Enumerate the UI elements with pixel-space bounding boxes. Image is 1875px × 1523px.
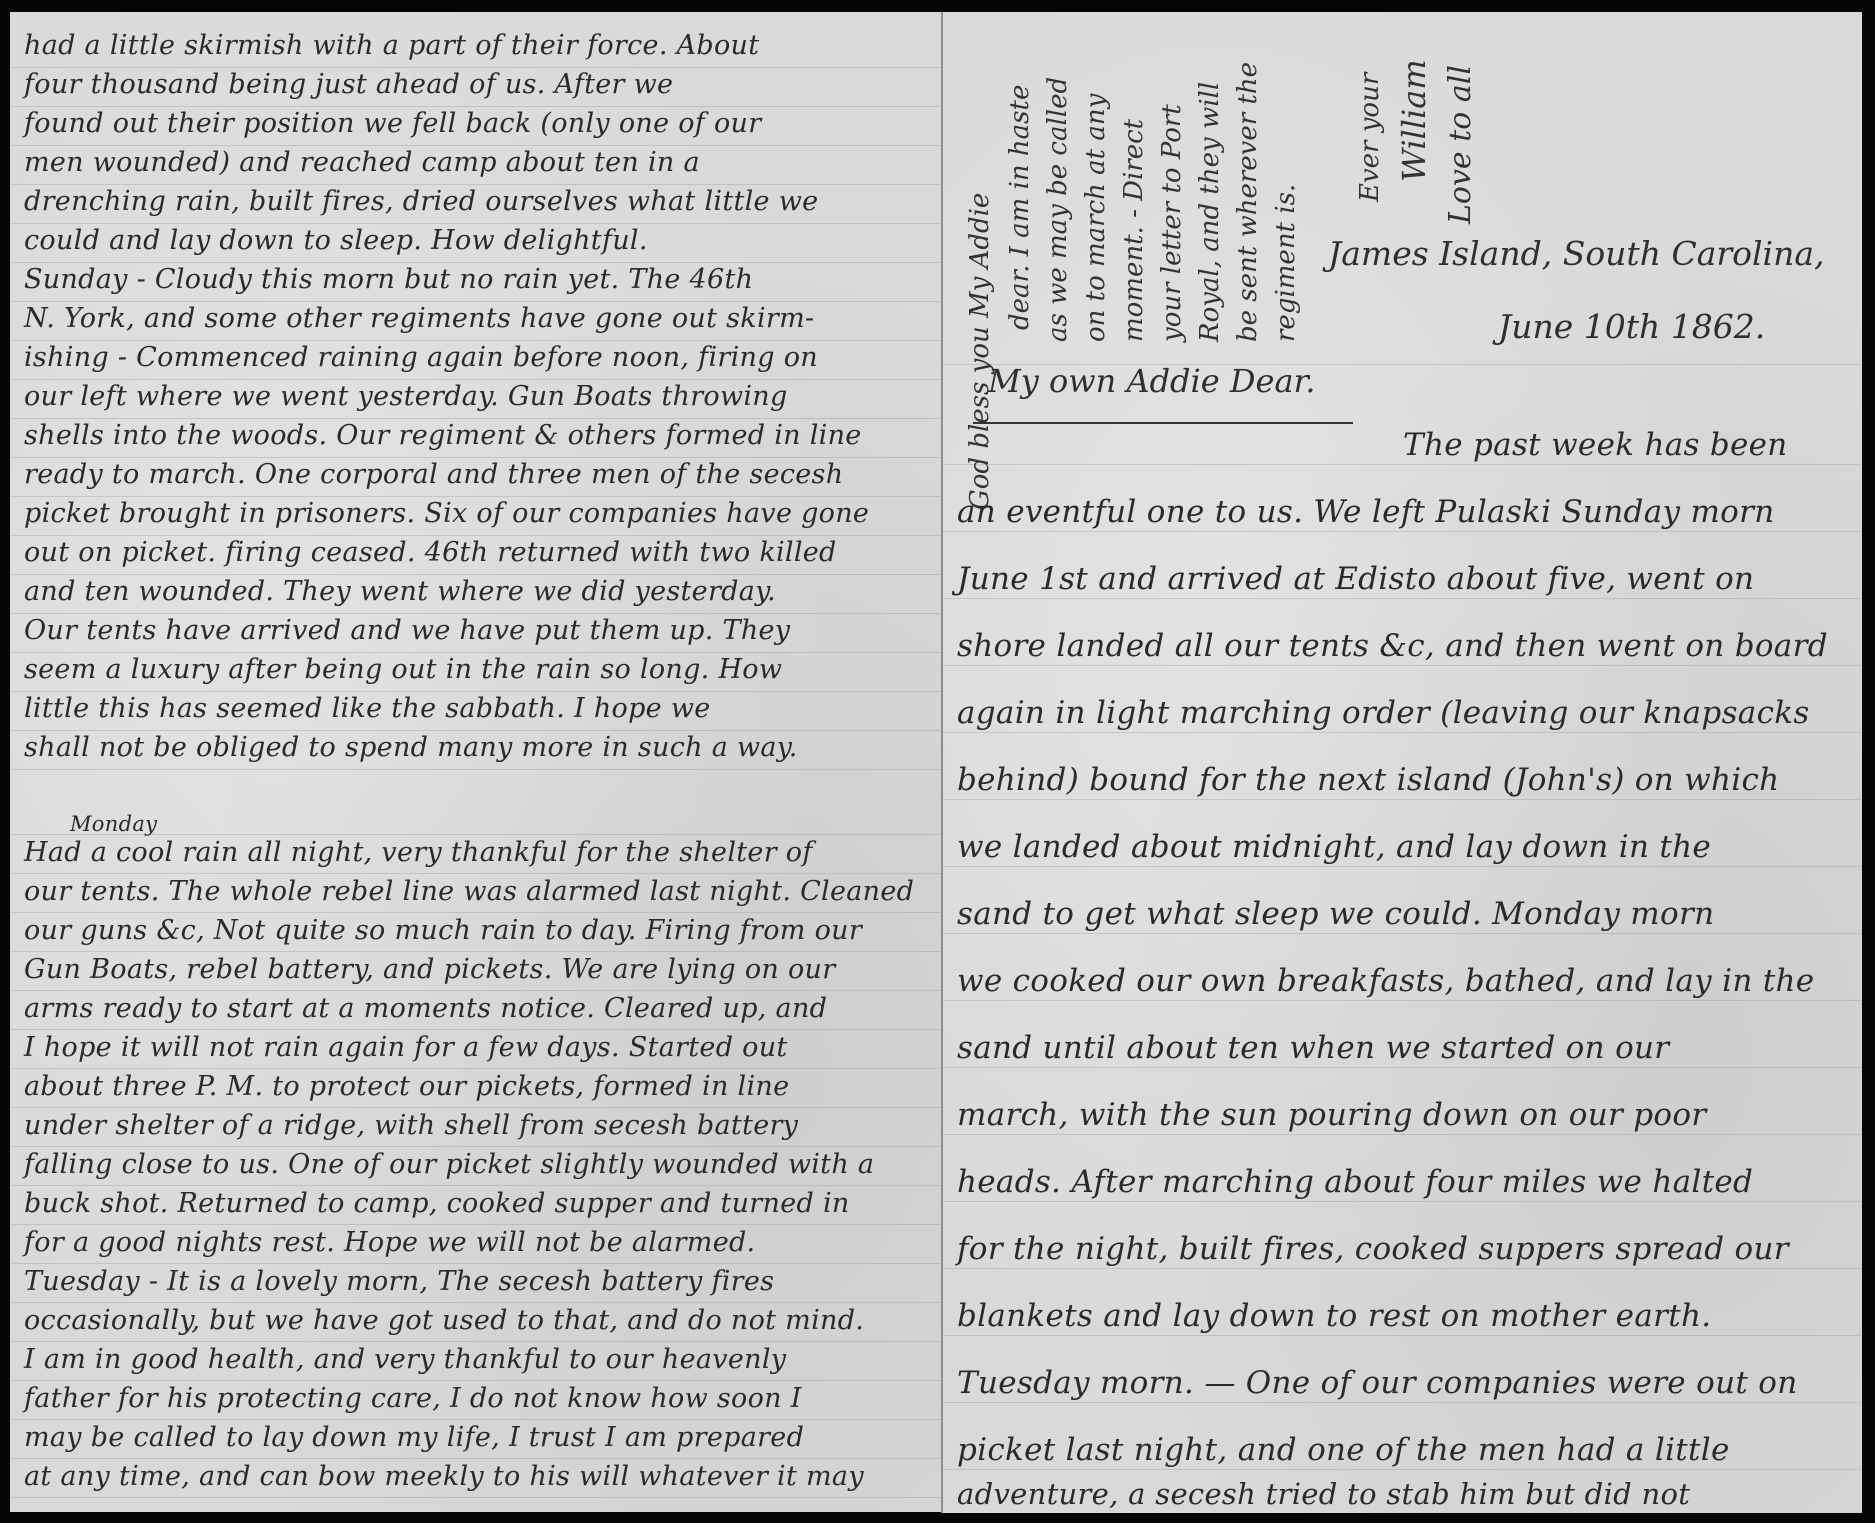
letter-line: behind) bound for the next island (John'… xyxy=(957,762,1779,798)
letter-line: under shelter of a ridge, with shell fro… xyxy=(24,1110,798,1141)
letter-line: men wounded) and reached camp about ten … xyxy=(24,147,700,178)
letter-line: adventure, a secesh tried to stab him bu… xyxy=(957,1477,1690,1511)
letter-line: out on picket. firing ceased. 46th retur… xyxy=(24,537,837,568)
letter-line: ready to march. One corporal and three m… xyxy=(24,459,843,490)
letter-line: for the night, built fires, cooked suppe… xyxy=(957,1231,1789,1267)
letter-line: for a good nights rest. Hope we will not… xyxy=(24,1227,755,1258)
letter-line: an eventful one to us. We left Pulaski S… xyxy=(957,494,1775,530)
letter-date: June 10th 1862. xyxy=(1498,307,1765,346)
signature: William xyxy=(1395,59,1433,182)
postscript-line: on to march at any xyxy=(1081,94,1111,342)
letter-line: Tuesday morn. — One of our companies wer… xyxy=(957,1365,1797,1401)
letter-line: four thousand being just ahead of us. Af… xyxy=(24,69,673,100)
salutation-flourish xyxy=(973,422,1353,424)
postscript-line: as we may be called xyxy=(1043,77,1073,342)
letter-line: had a little skirmish with a part of the… xyxy=(24,30,759,61)
letter-line: picket brought in prisoners. Six of our … xyxy=(24,498,869,529)
postscript-line: moment. - Direct xyxy=(1119,119,1149,342)
letter-line: Our tents have arrived and we have put t… xyxy=(24,615,790,646)
closing-postscript: Love to all xyxy=(1443,65,1478,224)
letter-line: again in light marching order (leaving o… xyxy=(957,695,1810,731)
letter-line: our left where we went yesterday. Gun Bo… xyxy=(24,381,788,412)
postscript-line: God bless you My Addie xyxy=(965,193,995,510)
letter-line: little this has seemed like the sabbath.… xyxy=(24,693,711,724)
letter-line: drenching rain, built fires, dried ourse… xyxy=(24,186,818,217)
letter-line: shells into the woods. Our regiment & ot… xyxy=(24,420,862,451)
letter-line: our guns &c, Not quite so much rain to d… xyxy=(24,915,862,946)
postscript-line: dear. I am in haste xyxy=(1005,85,1035,330)
letter-line: at any time, and can bow meekly to his w… xyxy=(24,1461,864,1492)
letter-line: found out their position we fell back (o… xyxy=(24,108,761,139)
letter-line: we cooked our own breakfasts, bathed, an… xyxy=(957,963,1814,999)
letter-line: Tuesday - It is a lovely morn, The seces… xyxy=(24,1266,774,1297)
letter-line: shore landed all our tents &c, and then … xyxy=(957,628,1828,664)
letter-line: could and lay down to sleep. How delight… xyxy=(24,225,648,256)
letter-line: Had a cool rain all night, very thankful… xyxy=(24,837,813,868)
letter-line: I am in good health, and very thankful t… xyxy=(24,1344,786,1375)
postscript-line: be sent wherever the xyxy=(1233,62,1263,342)
letter-line: father for his protecting care, I do not… xyxy=(24,1383,802,1414)
letter-line: seem a luxury after being out in the rai… xyxy=(24,654,782,685)
letter-line: buck shot. Returned to camp, cooked supp… xyxy=(24,1188,850,1219)
closing-valediction: Ever your xyxy=(1355,73,1385,202)
letter-line: The past week has been xyxy=(1403,427,1788,463)
letter-line: and ten wounded. They went where we did … xyxy=(24,576,776,607)
letter-line: sand until about ten when we started on … xyxy=(957,1030,1669,1066)
postscript-line: regiment is. xyxy=(1271,184,1301,342)
letter-right-page: God bless you My Addie dear. I am in has… xyxy=(941,12,1862,1513)
letter-line: Gun Boats, rebel battery, and pickets. W… xyxy=(24,954,835,985)
letter-left-page: had a little skirmish with a part of the… xyxy=(10,12,941,1512)
letter-line: sand to get what sleep we could. Monday … xyxy=(957,896,1714,932)
letter-line: may be called to lay down my life, I tru… xyxy=(24,1422,804,1453)
letter-line-insertion: Monday xyxy=(70,812,157,836)
letter-line: ishing - Commenced raining again before … xyxy=(24,342,818,373)
letter-line: we landed about midnight, and lay down i… xyxy=(957,829,1711,865)
letter-line: shall not be obliged to spend many more … xyxy=(24,732,798,763)
letter-salutation: My own Addie Dear. xyxy=(988,362,1316,400)
letter-line: occasionally, but we have got used to th… xyxy=(24,1305,864,1336)
letter-line: blankets and lay down to rest on mother … xyxy=(957,1298,1711,1334)
letter-line: march, with the sun pouring down on our … xyxy=(957,1097,1706,1133)
letter-line: picket last night, and one of the men ha… xyxy=(957,1432,1730,1468)
letter-line: our tents. The whole rebel line was alar… xyxy=(24,876,914,907)
letter-line: about three P. M. to protect our pickets… xyxy=(24,1071,789,1102)
letter-line: heads. After marching about four miles w… xyxy=(957,1164,1753,1200)
postscript-line: your letter to Port xyxy=(1157,104,1187,342)
letter-line: arms ready to start at a moments notice.… xyxy=(24,993,827,1024)
letter-place: James Island, South Carolina, xyxy=(1328,234,1825,273)
postscript-line: Royal, and they will xyxy=(1195,82,1225,342)
letter-line: Sunday - Cloudy this morn but no rain ye… xyxy=(24,264,753,295)
letter-line: I hope it will not rain again for a few … xyxy=(24,1032,788,1063)
letter-line: N. York, and some other regiments have g… xyxy=(24,303,814,334)
letter-line: June 1st and arrived at Edisto about fiv… xyxy=(957,561,1754,597)
letter-line: falling close to us. One of our picket s… xyxy=(24,1149,874,1180)
